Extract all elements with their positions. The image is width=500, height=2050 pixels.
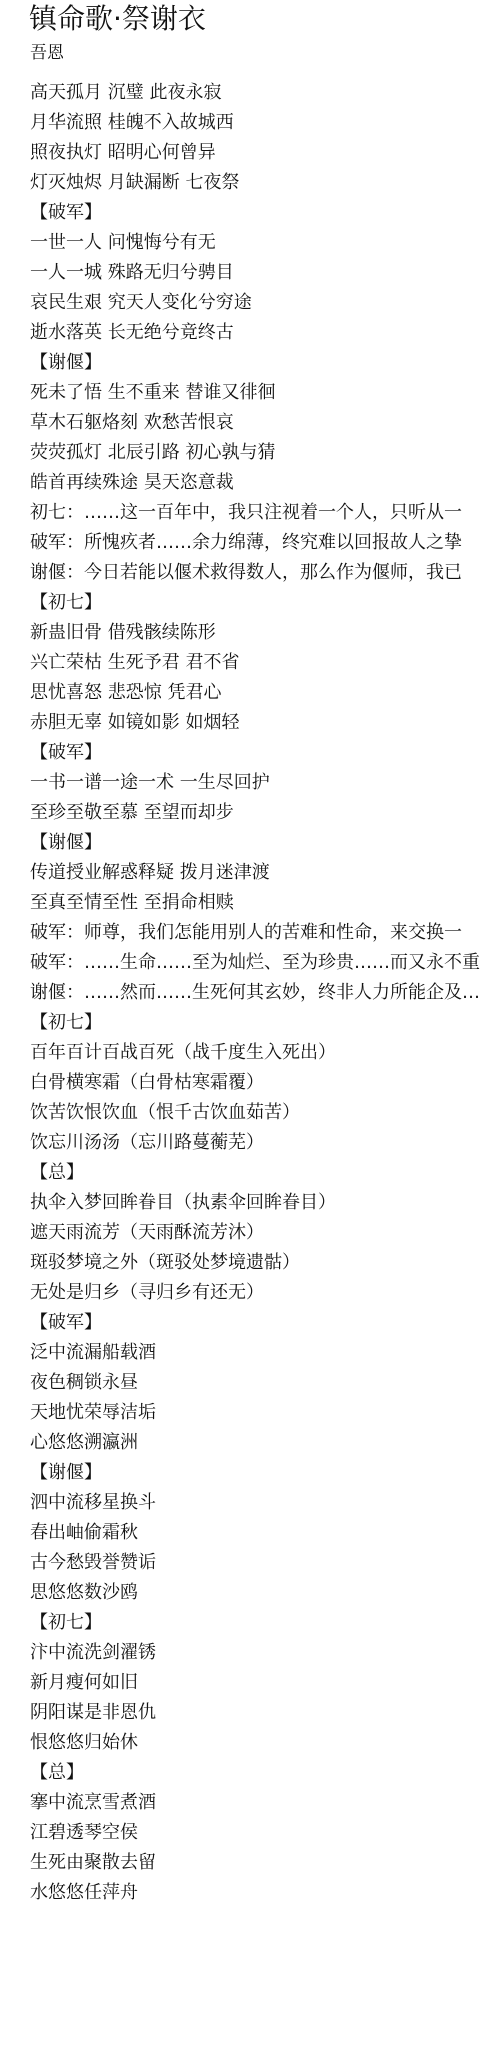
lyric-line: 搴中流烹雪煮酒	[30, 1788, 500, 1818]
lyric-line: 至珍至敬至慕 至望而却步	[30, 798, 500, 828]
lyric-line: 汴中流洗剑濯锈	[30, 1638, 500, 1668]
lyric-line: 江碧透琴空侯	[30, 1818, 500, 1848]
lyrics-body: 高天孤月 沉璧 此夜永寂月华流照 桂魄不入故城西照夜执灯 昭明心何曾异灯灭烛烬 …	[30, 78, 500, 1908]
lyric-line: 【初七】	[30, 588, 500, 618]
lyric-line: 无处是归乡（寻归乡有还无）	[30, 1278, 500, 1308]
lyric-line: 至真至情至性 至捐命相赎	[30, 888, 500, 918]
lyric-line: 执伞入梦回眸眷目（执素伞回眸眷目）	[30, 1188, 500, 1218]
lyric-line: 初七：……这一百年中，我只注视着一个人，只听从一	[30, 498, 500, 528]
lyric-line: 赤胆无辜 如镜如影 如烟轻	[30, 708, 500, 738]
lyric-line: 【破军】	[30, 738, 500, 768]
lyric-line: 照夜执灯 昭明心何曾异	[30, 138, 500, 168]
lyric-line: 破军：师尊，我们怎能用别人的苦难和性命，来交换一	[30, 918, 500, 948]
lyric-line: 一世一人 问愧悔兮有无	[30, 228, 500, 258]
lyric-line: 兴亡荣枯 生死予君 君不省	[30, 648, 500, 678]
lyric-line: 斑驳梦境之外（斑驳处梦境遗骷）	[30, 1248, 500, 1278]
lyric-line: 哀民生艰 究天人变化兮穷途	[30, 288, 500, 318]
lyric-line: 夜色稠锁永昼	[30, 1368, 500, 1398]
lyric-line: 天地忧荣辱洁垢	[30, 1398, 500, 1428]
song-title: 镇命歌·祭谢衣	[29, 0, 206, 38]
lyric-line: 灯灭烛烬 月缺漏断 七夜祭	[30, 168, 500, 198]
lyric-line: 【谢偃】	[30, 1458, 500, 1488]
lyric-line: 高天孤月 沉璧 此夜永寂	[30, 78, 500, 108]
lyric-line: 【初七】	[30, 1608, 500, 1638]
lyric-line: 【总】	[30, 1158, 500, 1188]
lyric-line: 月华流照 桂魄不入故城西	[30, 108, 500, 138]
lyric-line: 泛中流漏船载酒	[30, 1338, 500, 1368]
lyric-line: 生死由聚散去留	[30, 1848, 500, 1878]
lyric-line: 恨悠悠归始休	[30, 1728, 500, 1758]
lyric-line: 一人一城 殊路无归兮骋目	[30, 258, 500, 288]
song-artist: 吾恩	[30, 40, 64, 66]
lyric-line: 饮苦饮恨饮血（恨千古饮血茹苦）	[30, 1098, 500, 1128]
lyric-line: 传道授业解惑释疑 拨月迷津渡	[30, 858, 500, 888]
lyric-line: 心悠悠溯瀛洲	[30, 1428, 500, 1458]
lyric-line: 白骨横寒霜（白骨枯寒霜覆）	[30, 1068, 500, 1098]
lyric-line: 思悠悠数沙鸥	[30, 1578, 500, 1608]
lyric-line: 泗中流移星换斗	[30, 1488, 500, 1518]
lyric-line: 谢偃：今日若能以偃术救得数人，那么作为偃师，我已	[30, 558, 500, 588]
lyric-line: 水悠悠任萍舟	[30, 1878, 500, 1908]
lyric-line: 【谢偃】	[30, 348, 500, 378]
lyric-line: 新月瘦何如旧	[30, 1668, 500, 1698]
lyric-line: 一书一谱一途一术 一生尽回护	[30, 768, 500, 798]
lyric-line: 皓首再续殊途 昊天恣意裁	[30, 468, 500, 498]
lyric-line: 谢偃：……然而……生死何其玄妙，终非人力所能企及…	[30, 978, 500, 1008]
lyric-line: 【破军】	[30, 198, 500, 228]
lyric-line: 百年百计百战百死（战千度生入死出）	[30, 1038, 500, 1068]
lyric-line: 破军：所愧疚者……余力绵薄，终究难以回报故人之挚	[30, 528, 500, 558]
lyric-line: 破军：……生命……至为灿烂、至为珍贵……而又永不重	[30, 948, 500, 978]
lyric-line: 【破军】	[30, 1308, 500, 1338]
lyric-line: 死未了悟 生不重来 替谁又徘徊	[30, 378, 500, 408]
lyric-line: 【总】	[30, 1758, 500, 1788]
lyric-line: 饮忘川汤汤（忘川路蔓蘅芜）	[30, 1128, 500, 1158]
lyric-line: 荧荧孤灯 北辰引路 初心孰与猜	[30, 438, 500, 468]
lyric-line: 新蛊旧骨 借残骸续陈形	[30, 618, 500, 648]
lyric-line: 阴阳谋是非恩仇	[30, 1698, 500, 1728]
lyric-line: 草木石躯烙刻 欢愁苦恨哀	[30, 408, 500, 438]
lyric-line: 古今愁毁誉赞诟	[30, 1548, 500, 1578]
lyric-line: 遮天雨流芳（天雨酥流芳沐）	[30, 1218, 500, 1248]
lyric-line: 春出岫偷霜秋	[30, 1518, 500, 1548]
lyric-line: 【初七】	[30, 1008, 500, 1038]
lyric-line: 逝水落英 长无绝兮竟终古	[30, 318, 500, 348]
lyric-line: 【谢偃】	[30, 828, 500, 858]
lyric-line: 思忧喜怒 悲恐惊 凭君心	[30, 678, 500, 708]
